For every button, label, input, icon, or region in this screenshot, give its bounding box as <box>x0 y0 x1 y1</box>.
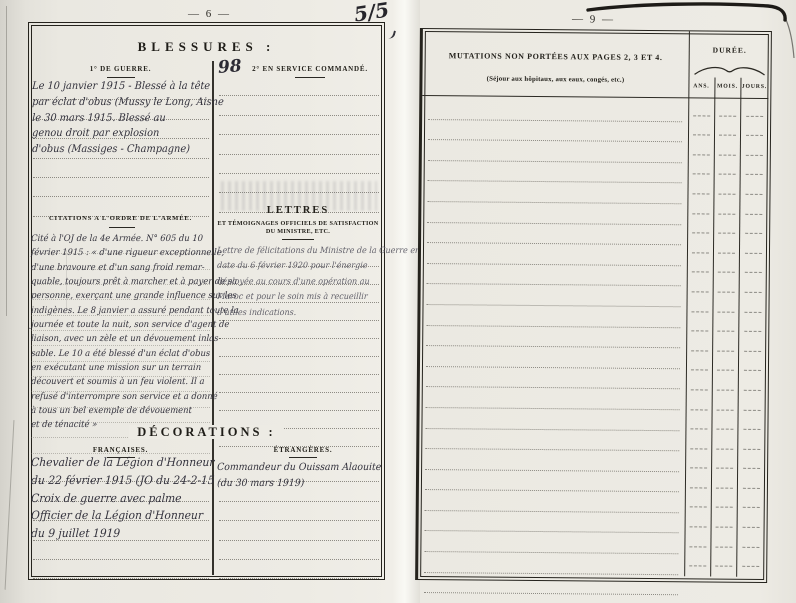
ruled-line <box>741 200 766 220</box>
ruled-line <box>425 429 679 452</box>
ruled-line <box>428 140 682 163</box>
handwritten-line: à tous un bel exemple de dévouement <box>31 404 199 418</box>
ruled-line <box>688 317 711 337</box>
ruled-line <box>219 116 379 135</box>
ruled-line <box>739 494 764 514</box>
ruled-line <box>33 159 209 178</box>
ruled-line <box>219 339 379 357</box>
ruled-line <box>427 264 681 287</box>
ruled-line <box>687 474 710 494</box>
handwritten-line: Le 10 janvier 1915 - Blessé à la tête <box>32 79 200 95</box>
ruled-line <box>689 258 712 278</box>
ruled-line <box>689 238 712 258</box>
scanned-document: — 6 — 5/5 BLESSURES : 1° DE GUERRE. 98 2… <box>0 0 796 603</box>
ruled-line <box>713 454 736 474</box>
ruled-line <box>713 435 736 455</box>
ruled-line <box>715 239 738 259</box>
handwritten-line: découvert et soumis à un feu violent. Il… <box>31 375 199 389</box>
ruled-line <box>33 541 209 560</box>
ruled-line <box>690 101 713 121</box>
ruled-line <box>426 346 680 369</box>
ruled-line <box>689 180 712 200</box>
ruled-line <box>712 533 735 553</box>
handwritten-line: février 1915 : « d'une rigueur exception… <box>31 246 199 260</box>
handwritten-line: Cité à l'OJ de la 4e Armée. N° 605 du 10 <box>31 232 199 246</box>
french-decorations-header: FRANÇAISES. <box>29 446 212 454</box>
ruled-line <box>738 533 763 553</box>
ruled-line <box>738 552 763 572</box>
ruled-line <box>742 102 767 122</box>
header-underline <box>107 77 135 78</box>
ruled-line <box>740 396 765 416</box>
ruled-line <box>426 387 680 410</box>
lettres-subtitle-1: ET TÉMOIGNAGES OFFICIELS DE SATISFACTION <box>215 220 381 227</box>
left-page-content: BLESSURES : 1° DE GUERRE. 98 2° EN SERVI… <box>29 23 384 579</box>
ruled-line <box>428 161 682 184</box>
lettres-entry: Lettre de félicitations du Ministre de l… <box>217 244 381 321</box>
citation-entry: Cité à l'OJ de la 4e Armée. N° 605 du 10… <box>31 232 211 433</box>
handwritten-line: liaison, avec un zèle et un dévouement i… <box>31 332 199 346</box>
war-wounds-entry: Le 10 janvier 1915 - Blessé à la têtepar… <box>32 79 212 158</box>
ruled-line <box>425 511 679 534</box>
ruled-line <box>428 120 682 143</box>
ruled-line <box>716 141 739 161</box>
ruled-line <box>715 200 738 220</box>
ruled-line <box>741 180 766 200</box>
ruled-line <box>715 180 738 200</box>
ruled-line <box>428 99 682 122</box>
ruled-line <box>687 493 710 513</box>
mutations-title: MUTATIONS NON PORTÉES AUX PAGES 2, 3 ET … <box>433 51 679 62</box>
handwritten-line: le 30 mars 1915. Blessé au <box>32 111 200 127</box>
handwritten-line: du 22 février 1915 (JO du 24-2-15 <box>31 472 199 490</box>
decorations-title: DÉCORATIONS : <box>29 425 384 440</box>
handwritten-line: quable, toujours prêt à marcher et à pay… <box>31 275 199 289</box>
handwritten-line: en exécutant une mission sur un terrain <box>31 361 199 375</box>
mutations-ruled-lines <box>424 99 682 595</box>
ink-tick-mark <box>387 29 396 39</box>
lettres-title: LETTRES <box>215 205 381 216</box>
header-underline <box>289 457 317 458</box>
ruled-line <box>714 337 737 357</box>
ruled-line <box>740 337 765 357</box>
handwritten-line: Chevalier de la Légion d'Honneur <box>31 454 199 472</box>
ruled-line <box>427 284 681 307</box>
ruled-line <box>742 161 767 181</box>
ruled-line <box>426 305 680 328</box>
ruled-line <box>739 454 764 474</box>
handwritten-line: Croix de guerre avec palme <box>31 490 199 508</box>
ruled-line <box>713 474 736 494</box>
left-page-number: — 6 — <box>188 8 231 20</box>
ruled-line <box>219 155 379 174</box>
ruled-line <box>686 532 709 552</box>
ruled-line <box>219 321 379 339</box>
ruled-line <box>713 513 736 533</box>
ruled-line <box>33 178 209 197</box>
duree-header: DURÉE. <box>689 45 771 55</box>
ruled-line <box>427 181 681 204</box>
ruled-line <box>219 357 379 375</box>
ruled-line <box>219 77 379 96</box>
handwritten-line: Officier de la Légion d'Honneur <box>31 507 199 525</box>
ink-annotation: 5/5 <box>353 0 391 25</box>
ruled-line <box>714 376 737 396</box>
ruled-line <box>740 298 765 318</box>
jours-cells <box>738 102 767 572</box>
ruled-line <box>690 160 713 180</box>
ruled-line <box>219 521 379 540</box>
ruled-line <box>740 317 765 337</box>
ruled-line <box>424 573 678 596</box>
handwritten-line: date du 6 février 1920 pour l'énergie <box>217 259 370 274</box>
ruled-line <box>715 219 738 239</box>
ruled-line <box>33 560 209 579</box>
lettres-subtitle-2: DU MINISTRE, ETC. <box>215 228 381 235</box>
ruled-line <box>33 197 209 216</box>
mois-cells <box>712 102 739 572</box>
ruled-line <box>219 393 379 411</box>
handwritten-line: par éclat d'obus (Mussy le Long, Aisne <box>32 95 200 111</box>
foreign-decorations-entry: Commandeur du Ouissam Alaouite(du 30 mar… <box>217 460 381 492</box>
blessures-title: BLESSURES : <box>29 39 384 55</box>
handwritten-line: d'utiles indications. <box>217 306 370 321</box>
ruled-line <box>742 121 767 141</box>
french-decorations-entry: Chevalier de la Légion d'Honneurdu 22 fé… <box>31 454 211 543</box>
ruled-line <box>739 415 764 435</box>
ruled-line <box>689 278 712 298</box>
ruled-line <box>427 243 681 266</box>
handwritten-line: genou droit par explosion <box>32 126 200 142</box>
handwritten-line: du 9 juillet 1919 <box>31 525 199 543</box>
ruled-line <box>739 435 764 455</box>
ruled-line <box>219 560 379 579</box>
ruled-line <box>688 376 711 396</box>
citations-header: CITATIONS A L'ORDRE DE L'ARMÉE. <box>29 215 212 222</box>
ruled-line <box>687 513 710 533</box>
ruled-line <box>712 552 735 572</box>
ruled-line <box>424 552 678 575</box>
ruled-line <box>686 552 709 572</box>
right-page: — 9 — MUTATIONS NON PORTÉES AUX PAGES 2,… <box>399 0 796 603</box>
handwritten-line: journée et toute la nuit, son service d'… <box>31 318 199 332</box>
ruled-line <box>688 395 711 415</box>
left-page: — 6 — 5/5 BLESSURES : 1° DE GUERRE. 98 2… <box>0 0 400 603</box>
handwritten-line: personne, exerçant une grande influence … <box>31 289 199 303</box>
ruled-line <box>426 326 680 349</box>
ruled-line <box>425 490 679 513</box>
handwritten-line: déployée au cours d'une opération au <box>217 275 370 290</box>
service-wounds-header: 2° EN SERVICE COMMANDÉ. <box>239 65 381 73</box>
ruled-line <box>219 135 379 154</box>
ruled-line <box>687 454 710 474</box>
duree-brace <box>694 63 766 76</box>
ruled-line <box>689 199 712 219</box>
handwritten-line: refusé d'interrompre son service et a do… <box>31 390 199 404</box>
ruled-line <box>690 121 713 141</box>
ruled-line <box>688 297 711 317</box>
ruled-line <box>715 278 738 298</box>
mutations-subtitle: (Séjour aux hôpitaux, aux eaux, congés, … <box>432 75 678 84</box>
right-page-frame: MUTATIONS NON PORTÉES AUX PAGES 2, 3 ET … <box>415 28 772 583</box>
ruled-line <box>716 102 739 122</box>
handwritten-line: Maroc et pour le soin mis à recueillir <box>217 290 370 305</box>
ruled-line <box>741 219 766 239</box>
ruled-line <box>713 493 736 513</box>
ruled-line <box>740 356 765 376</box>
ruled-line <box>741 239 766 259</box>
ruled-line <box>740 376 765 396</box>
ruled-line <box>688 356 711 376</box>
jours-column-header: JOURS. <box>740 84 768 90</box>
ruled-line <box>424 531 678 554</box>
ans-cells <box>686 101 713 571</box>
left-page-frame: BLESSURES : 1° DE GUERRE. 98 2° EN SERVI… <box>28 22 385 580</box>
handwritten-line: d'une bravoure et d'un sang froid remar- <box>31 261 199 275</box>
ruled-line <box>427 223 681 246</box>
ans-column-header: ANS. <box>688 83 714 89</box>
ruled-line <box>739 513 764 533</box>
war-wounds-header: 1° DE GUERRE. <box>29 65 212 73</box>
handwritten-line: sable. Le 10 a été blessé d'un éclat d'o… <box>31 347 199 361</box>
ruled-line <box>427 202 681 225</box>
ruled-line <box>688 336 711 356</box>
ruled-line <box>687 434 710 454</box>
ruled-line <box>714 317 737 337</box>
ruled-line <box>690 141 713 161</box>
ruled-line <box>219 375 379 393</box>
ruled-line <box>742 141 767 161</box>
ruled-line <box>741 259 766 279</box>
ruled-line <box>689 219 712 239</box>
header-underline <box>282 239 314 240</box>
ruled-line <box>219 96 379 115</box>
ruled-line <box>714 297 737 317</box>
ruled-line <box>219 541 379 560</box>
ruled-line <box>739 474 764 494</box>
handwritten-line: Lettre de félicitations du Ministre de l… <box>217 244 370 259</box>
ruled-line <box>425 408 679 431</box>
right-page-number: — 9 — <box>572 13 615 25</box>
ruled-line <box>219 502 379 521</box>
ruled-line <box>741 278 766 298</box>
ruled-line <box>425 470 679 493</box>
column-divider <box>212 61 214 575</box>
ruled-line <box>713 415 736 435</box>
ruled-line <box>687 415 710 435</box>
ruled-line <box>426 367 680 390</box>
ruled-line <box>714 395 737 415</box>
handwritten-line: d'obus (Massiges - Champagne) <box>32 142 200 158</box>
mutations-table: MUTATIONS NON PORTÉES AUX PAGES 2, 3 ET … <box>418 29 771 582</box>
ruled-line <box>425 449 679 472</box>
decorations-title-text: DÉCORATIONS : <box>129 425 283 439</box>
handwritten-line: (du 30 mars 1919) <box>217 476 370 492</box>
header-underline <box>109 227 135 228</box>
ruled-line <box>716 121 739 141</box>
header-rule <box>422 95 768 99</box>
mois-column-header: MOIS. <box>714 84 740 90</box>
ruled-line <box>714 356 737 376</box>
handwritten-line: indigènes. Le 8 janvier a assuré pendant… <box>31 304 199 318</box>
foreign-decorations-header: ÉTRANGÈRES. <box>225 446 381 454</box>
ruled-line <box>715 258 738 278</box>
handwritten-line: Commandeur du Ouissam Alaouite <box>217 460 370 476</box>
ruled-line <box>716 160 739 180</box>
